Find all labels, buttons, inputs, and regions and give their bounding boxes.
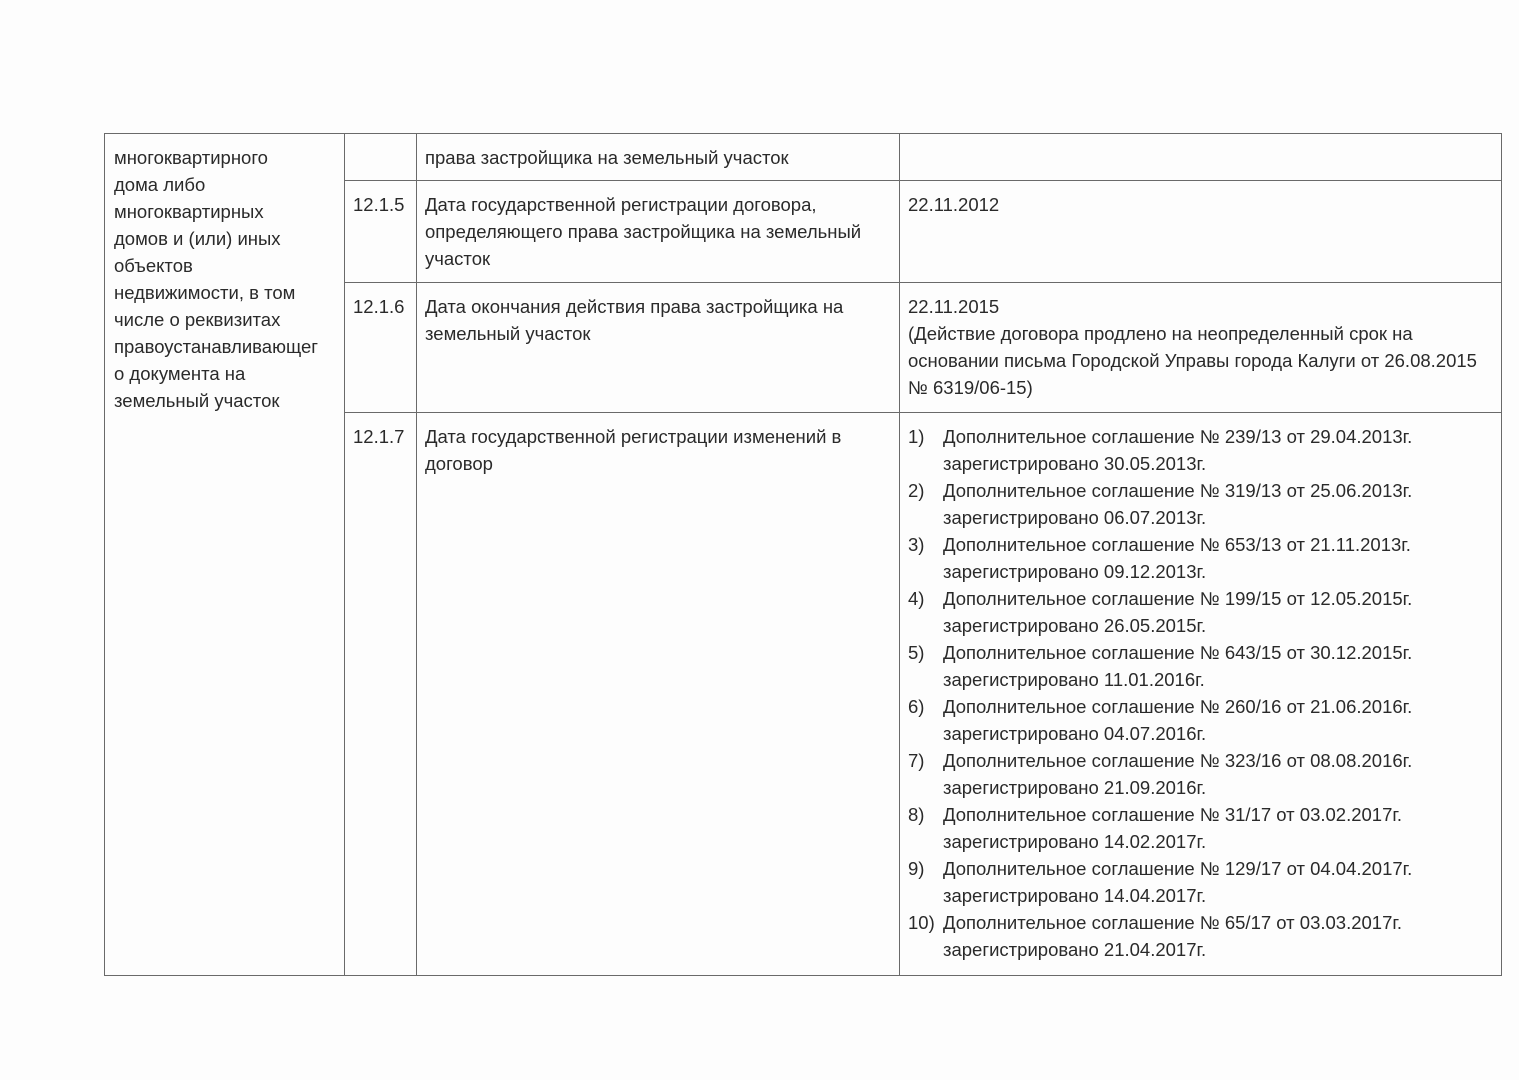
amendment-item: 10)Дополнительное соглашение № 65/17 от … — [908, 909, 1489, 963]
amendment-number: 7) — [908, 747, 924, 774]
item-number: 12.1.7 — [345, 413, 417, 976]
amendment-agreement: Дополнительное соглашение № 129/17 от 04… — [943, 855, 1489, 882]
section-title-cell: многоквартирного дома либо многоквартирн… — [105, 134, 345, 976]
land-rights-table: многоквартирного дома либо многоквартирн… — [104, 133, 1502, 976]
expiry-date: 22.11.2015 — [908, 293, 1489, 320]
amendment-agreement: Дополнительное соглашение № 643/15 от 30… — [943, 639, 1489, 666]
amendment-agreement: Дополнительное соглашение № 260/16 от 21… — [943, 693, 1489, 720]
table-row: многоквартирного дома либо многоквартирн… — [105, 134, 1502, 181]
amendment-agreement: Дополнительное соглашение № 239/13 от 29… — [943, 423, 1489, 450]
item-label: Дата государственной регистрации договор… — [417, 181, 900, 283]
section-title-line: недвижимости, в том — [114, 279, 336, 306]
amendment-number: 8) — [908, 801, 924, 828]
amendment-item: 3)Дополнительное соглашение № 653/13 от … — [908, 531, 1489, 585]
amendment-item: 7)Дополнительное соглашение № 323/16 от … — [908, 747, 1489, 801]
section-title-line: многоквартирных — [114, 198, 336, 225]
item-value — [900, 134, 1502, 181]
amendment-item: 5)Дополнительное соглашение № 643/15 от … — [908, 639, 1489, 693]
amendment-registration: зарегистрировано 21.04.2017г. — [943, 936, 1489, 963]
item-number — [345, 134, 417, 181]
amendment-registration: зарегистрировано 14.04.2017г. — [943, 882, 1489, 909]
section-title-line: земельный участок — [114, 387, 336, 414]
document-page: многоквартирного дома либо многоквартирн… — [0, 0, 1519, 1080]
amendment-number: 10) — [908, 909, 935, 936]
amendment-agreement: Дополнительное соглашение № 31/17 от 03.… — [943, 801, 1489, 828]
amendment-number: 1) — [908, 423, 924, 450]
item-number: 12.1.5 — [345, 181, 417, 283]
amendment-registration: зарегистрировано 06.07.2013г. — [943, 504, 1489, 531]
item-value: 22.11.2012 — [900, 181, 1502, 283]
amendment-item: 2)Дополнительное соглашение № 319/13 от … — [908, 477, 1489, 531]
amendment-registration: зарегистрировано 09.12.2013г. — [943, 558, 1489, 585]
amendment-item: 8)Дополнительное соглашение № 31/17 от 0… — [908, 801, 1489, 855]
item-label: Дата окончания действия права застройщик… — [417, 283, 900, 413]
amendment-agreement: Дополнительное соглашение № 323/16 от 08… — [943, 747, 1489, 774]
amendment-agreement: Дополнительное соглашение № 319/13 от 25… — [943, 477, 1489, 504]
amendment-registration: зарегистрировано 26.05.2015г. — [943, 612, 1489, 639]
amendments-cell: 1)Дополнительное соглашение № 239/13 от … — [900, 413, 1502, 976]
item-label: Дата государственной регистрации изменен… — [417, 413, 900, 976]
section-title-line: объектов — [114, 252, 336, 279]
amendment-number: 9) — [908, 855, 924, 882]
amendment-registration: зарегистрировано 14.02.2017г. — [943, 828, 1489, 855]
section-title-line: многоквартирного — [114, 144, 336, 171]
item-label: права застройщика на земельный участок — [417, 134, 900, 181]
amendment-item: 9)Дополнительное соглашение № 129/17 от … — [908, 855, 1489, 909]
section-title-line: о документа на — [114, 360, 336, 387]
amendment-number: 4) — [908, 585, 924, 612]
section-title-line: числе о реквизитах — [114, 306, 336, 333]
amendment-number: 3) — [908, 531, 924, 558]
item-value-cell: 22.11.2015 (Действие договора продлено н… — [900, 283, 1502, 413]
item-number: 12.1.6 — [345, 283, 417, 413]
section-title-line: правоустанавливающег — [114, 333, 336, 360]
amendment-number: 6) — [908, 693, 924, 720]
amendments-list: 1)Дополнительное соглашение № 239/13 от … — [908, 423, 1489, 963]
amendment-item: 6)Дополнительное соглашение № 260/16 от … — [908, 693, 1489, 747]
amendment-agreement: Дополнительное соглашение № 653/13 от 21… — [943, 531, 1489, 558]
section-title-line: домов и (или) иных — [114, 225, 336, 252]
amendment-number: 5) — [908, 639, 924, 666]
amendment-item: 4)Дополнительное соглашение № 199/15 от … — [908, 585, 1489, 639]
amendment-registration: зарегистрировано 11.01.2016г. — [943, 666, 1489, 693]
amendment-registration: зарегистрировано 30.05.2013г. — [943, 450, 1489, 477]
amendment-agreement: Дополнительное соглашение № 65/17 от 03.… — [943, 909, 1489, 936]
amendment-registration: зарегистрировано 04.07.2016г. — [943, 720, 1489, 747]
amendment-agreement: Дополнительное соглашение № 199/15 от 12… — [943, 585, 1489, 612]
amendment-item: 1)Дополнительное соглашение № 239/13 от … — [908, 423, 1489, 477]
section-title-line: дома либо — [114, 171, 336, 198]
extension-note: (Действие договора продлено на неопредел… — [908, 320, 1489, 401]
amendment-registration: зарегистрировано 21.09.2016г. — [943, 774, 1489, 801]
amendment-number: 2) — [908, 477, 924, 504]
